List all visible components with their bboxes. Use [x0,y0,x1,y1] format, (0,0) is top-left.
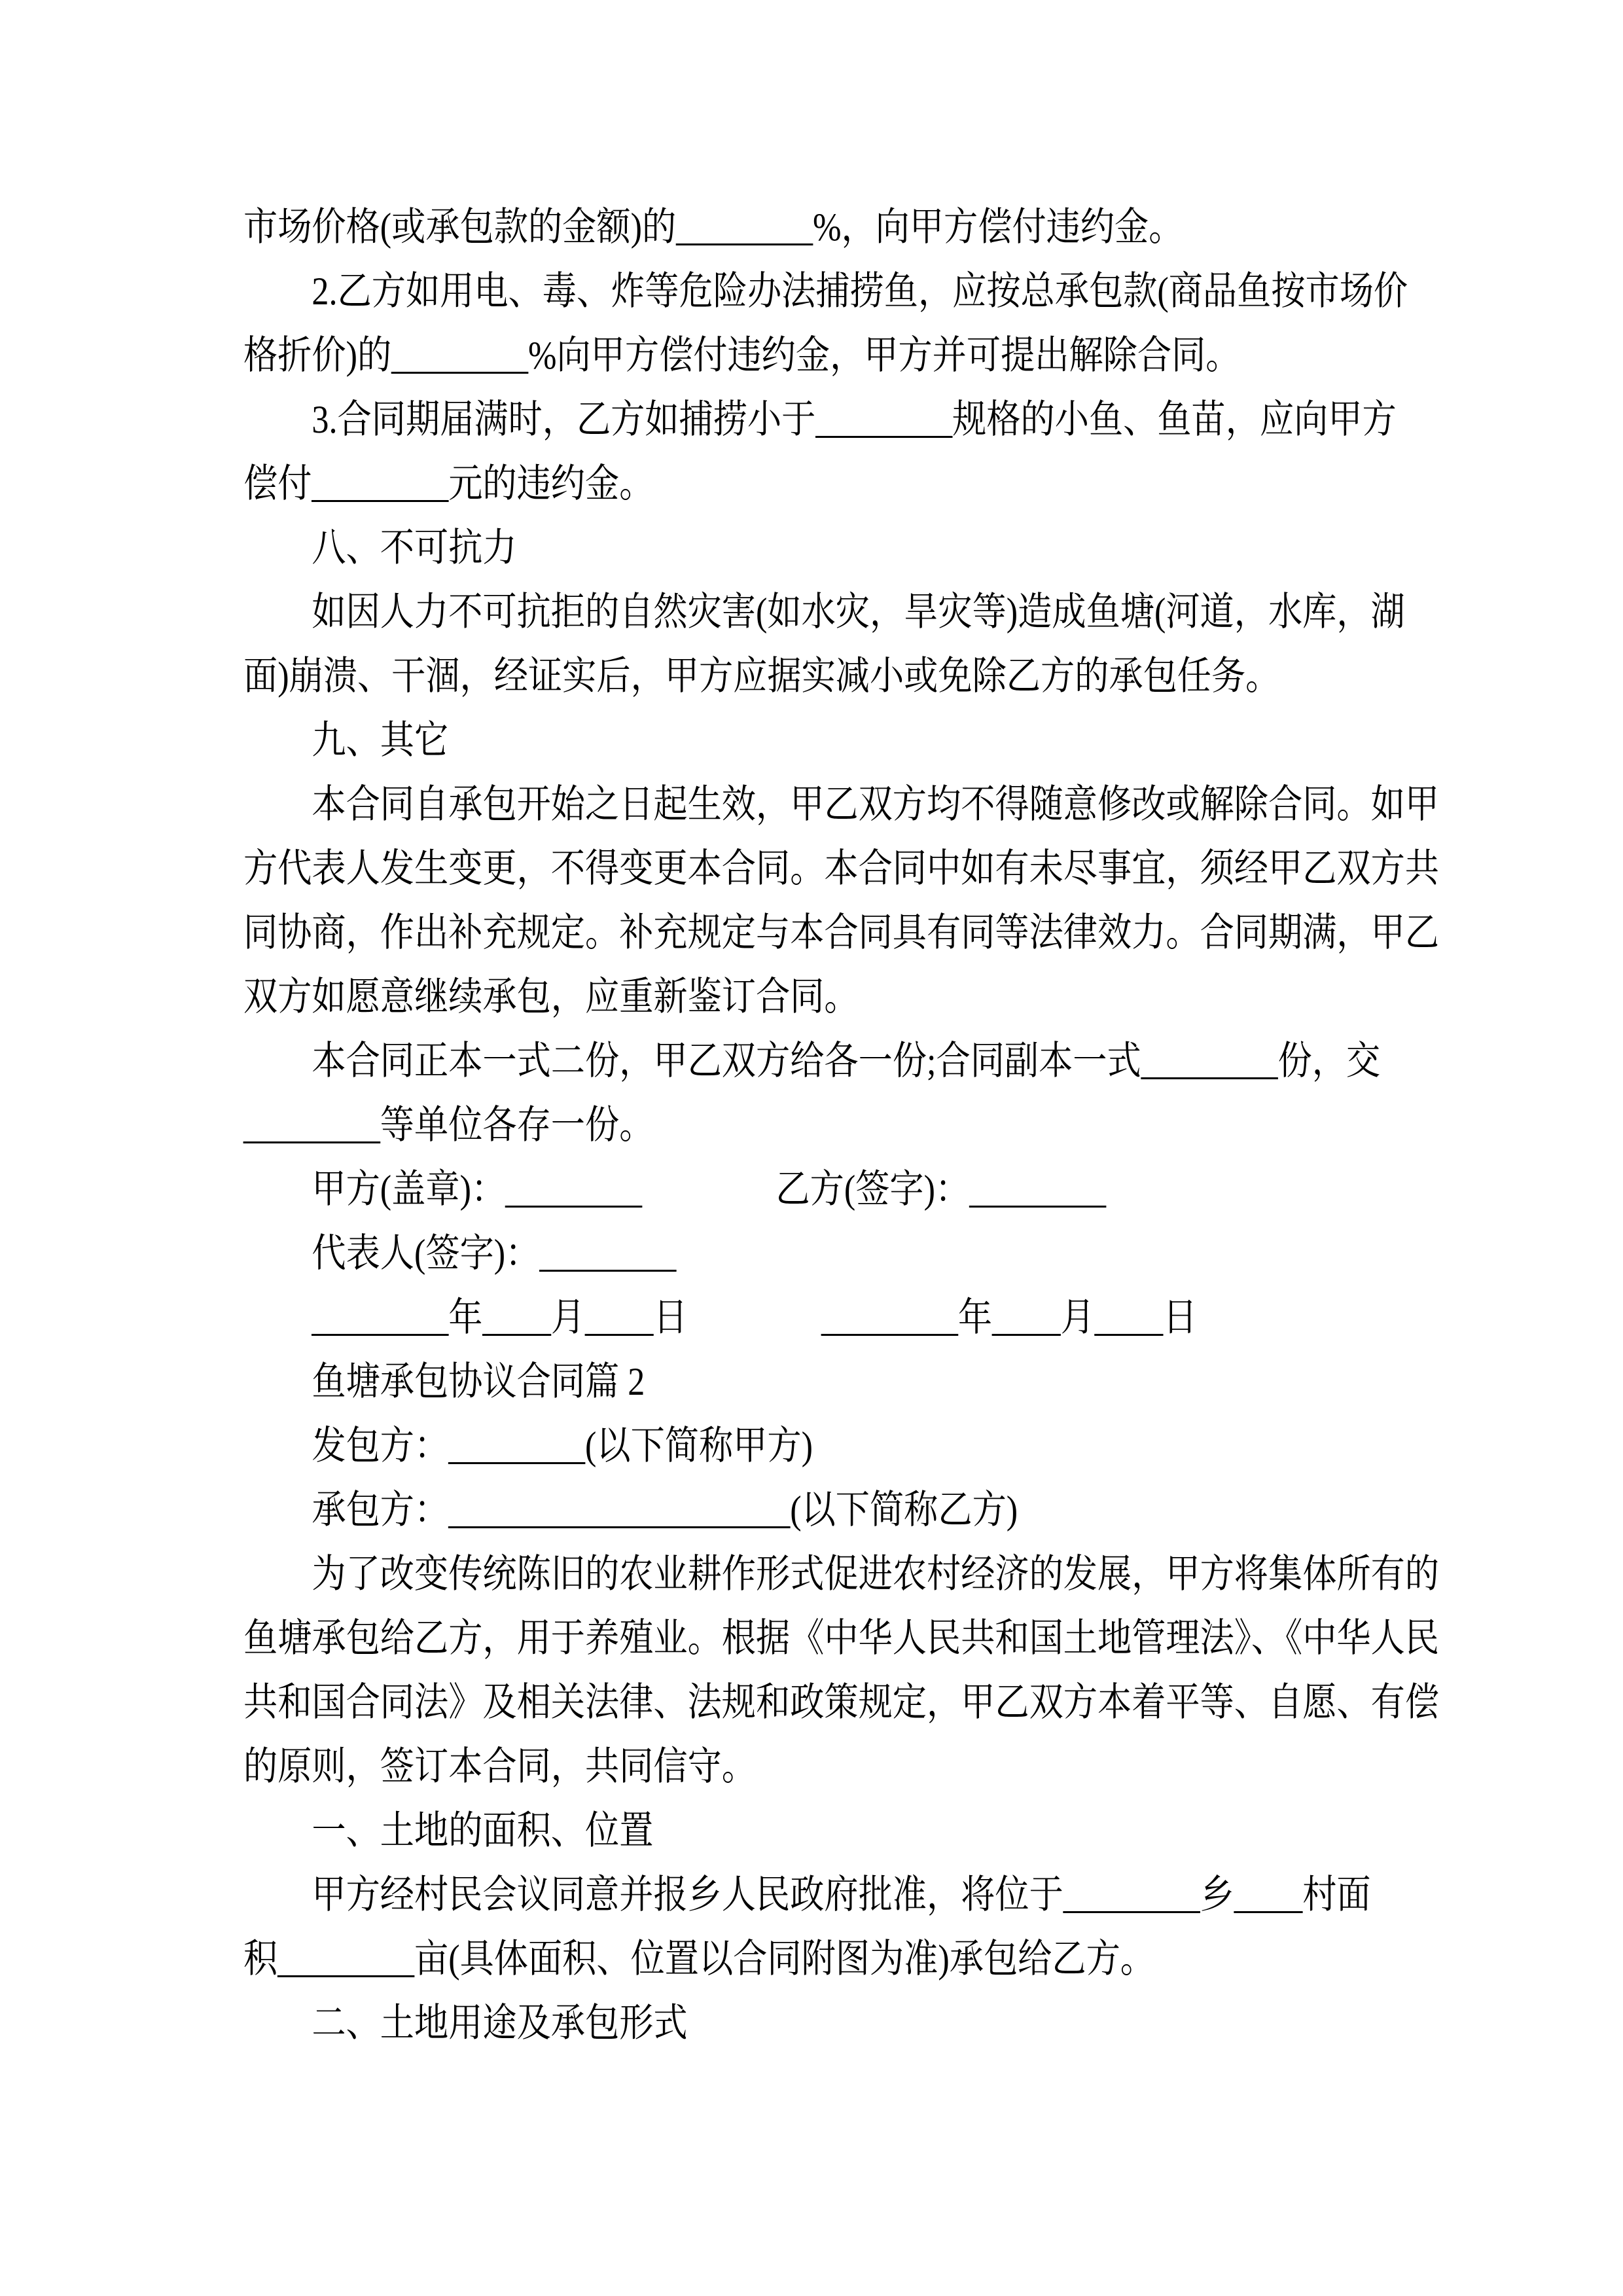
doc-line-effectiveness-cont-2: 同协商，作出补充规定。补充规定与本合同具有同等法律效力。合同期满，甲乙 [243,901,1234,965]
doc-line-effectiveness-cont-3: 双方如愿意继续承包，应重新鉴订合同。 [243,965,1234,1029]
doc-line-effectiveness: 本合同自承包开始之日起生效，甲乙双方均不得随意修改或解除合同。如甲 [243,772,1234,836]
doc-line-preamble-cont-1: 鱼塘承包给乙方，用于养殖业。根据《中华人民共和国土地管理法》、《中华人民 [243,1606,1234,1670]
date-field-party-a: ________年____月____日 [312,1296,687,1339]
doc-line-preamble-cont-3: 的原则，签订本合同，共同信守。 [243,1734,1234,1799]
doc-line-penalty-market-price: 市场价格(或承包款的金额)的________%，向甲方偿付违约金。 [243,195,1234,259]
section2-title: 鱼塘承包协议合同篇 2 [243,1350,1234,1414]
party-a-field: 发包方：________(以下简称甲方) [243,1414,1234,1478]
doc-line-preamble-cont-2: 共和国合同法》及相关法律、法规和政策规定，甲乙双方本着平等、自愿、有偿 [243,1670,1234,1734]
doc-line-effectiveness-cont-1: 方代表人发生变更，不得变更本合同。本合同中如有未尽事宜，须经甲乙双方共 [243,836,1234,901]
signature-line-parties: 甲方(盖章)：________ 乙方(签字)：________ [243,1157,1234,1221]
date-field-party-b: ________年____月____日 [821,1296,1197,1339]
section-heading-1-land-area: 一、土地的面积、位置 [243,1799,1234,1863]
doc-line-clause-2: 2.乙方如用电、毒、炸等危险办法捕捞鱼，应按总承包款(商品鱼按市场价 [243,259,1234,323]
contract-document-page: 市场价格(或承包款的金额)的________%，向甲方偿付违约金。 2.乙方如用… [0,0,1623,2296]
doc-line-clause-2-cont: 格折价)的________%向甲方偿付违约金，甲方并可提出解除合同。 [243,323,1234,387]
party-b-signature-field: 乙方(签字)：________ [776,1168,1106,1211]
party-b-field: 承包方：____________________(以下简称乙方) [243,1478,1234,1542]
doc-line-clause-3: 3.合同期届满时，乙方如捕捞小于________规格的小鱼、鱼苗，应向甲方 [243,387,1234,452]
doc-line-force-majeure-cont: 面)崩溃、干涸，经证实后，甲方应据实减小或免除乙方的承包任务。 [243,644,1234,708]
doc-line-copies-cont: ________等单位各存一份。 [243,1093,1234,1157]
section-heading-8-force-majeure: 八、不可抗力 [243,516,1234,580]
doc-line-land-location-cont: 积________亩(具体面积、位置以合同附图为准)承包给乙方。 [243,1927,1234,1991]
representative-signature-field: 代表人(签字)：________ [243,1221,1234,1285]
party-a-seal-field: 甲方(盖章)：________ [312,1168,642,1211]
doc-line-copies: 本合同正本一式二份，甲乙双方给各一份;合同副本一式________份，交 [243,1029,1234,1093]
doc-line-land-location: 甲方经村民会议同意并报乡人民政府批准，将位于________乡____村面 [243,1863,1234,1927]
document-body: 市场价格(或承包款的金额)的________%，向甲方偿付违约金。 2.乙方如用… [243,195,1382,2055]
doc-line-preamble: 为了改变传统陈旧的农业耕作形式促进农村经济的发展，甲方将集体所有的 [243,1542,1234,1606]
section-heading-9-other: 九、其它 [243,708,1234,772]
section-heading-2-land-use: 二、土地用途及承包形式 [243,1991,1234,2055]
doc-line-clause-3-cont: 偿付________元的违约金。 [243,452,1234,516]
doc-line-force-majeure: 如因人力不可抗拒的自然灾害(如水灾，旱灾等)造成鱼塘(河道，水库，湖 [243,580,1234,644]
date-line: ________年____月____日 ________年____月____日 [243,1285,1234,1350]
